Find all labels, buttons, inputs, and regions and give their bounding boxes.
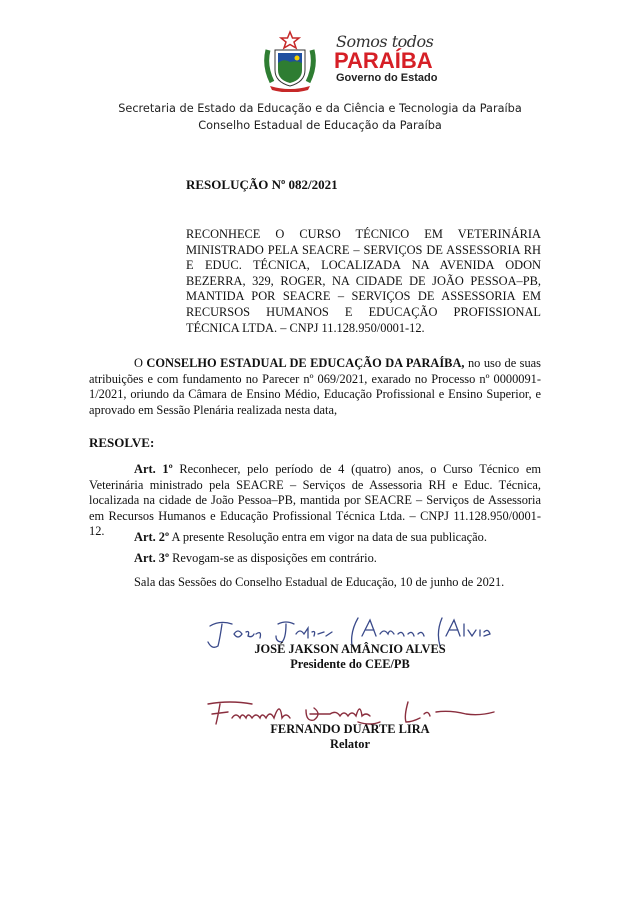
article-text: A presente Resolução entra em vigor na d… bbox=[169, 530, 487, 544]
closing-line: Sala das Sessões do Conselho Estadual de… bbox=[134, 575, 504, 590]
signatory-role: Relator bbox=[190, 737, 510, 752]
resolve-heading: RESOLVE: bbox=[89, 435, 154, 451]
intro-prefix: O bbox=[134, 356, 146, 370]
signature-block-president: JOSÉ JAKSON AMÂNCIO ALVES Presidente do … bbox=[190, 612, 510, 672]
paraiba-coat-of-arms-icon bbox=[262, 30, 318, 92]
signatory-name: JOSÉ JAKSON AMÂNCIO ALVES bbox=[190, 642, 510, 657]
brand-subtitle: Governo do Estado bbox=[336, 72, 437, 84]
signatory-name: FERNANDO DUARTE LIRA bbox=[190, 722, 510, 737]
article-label: Art. 3º bbox=[134, 551, 169, 565]
brand-name: PARAÍBA bbox=[334, 48, 433, 74]
intro-paragraph: O CONSELHO ESTADUAL DE EDUCAÇÃO DA PARAÍ… bbox=[89, 356, 541, 418]
article-label: Art. 2º bbox=[134, 530, 169, 544]
article-3: Art. 3º Revogam-se as disposições em con… bbox=[134, 551, 377, 566]
article-text: Revogam-se as disposições em contrário. bbox=[169, 551, 377, 565]
article-1: Art. 1º Reconhecer, pelo período de 4 (q… bbox=[89, 462, 541, 540]
header-conselho: Conselho Estadual de Educação da Paraíba bbox=[0, 119, 640, 132]
article-label: Art. 1º bbox=[134, 462, 173, 476]
intro-council-name: CONSELHO ESTADUAL DE EDUCAÇÃO DA PARAÍBA… bbox=[146, 356, 464, 370]
header-secretaria: Secretaria de Estado da Educação e da Ci… bbox=[0, 102, 640, 115]
article-2: Art. 2º A presente Resolução entra em vi… bbox=[134, 530, 487, 545]
ementa: RECONHECE O CURSO TÉCNICO EM VETERINÁRIA… bbox=[186, 227, 541, 336]
signature-block-relator: FERNANDO DUARTE LIRA Relator bbox=[190, 692, 510, 752]
document-title: RESOLUÇÃO Nº 082/2021 bbox=[186, 177, 338, 193]
header-logo: Somos todos PARAÍBA Governo do Estado bbox=[262, 30, 462, 100]
signatory-role: Presidente do CEE/PB bbox=[190, 657, 510, 672]
